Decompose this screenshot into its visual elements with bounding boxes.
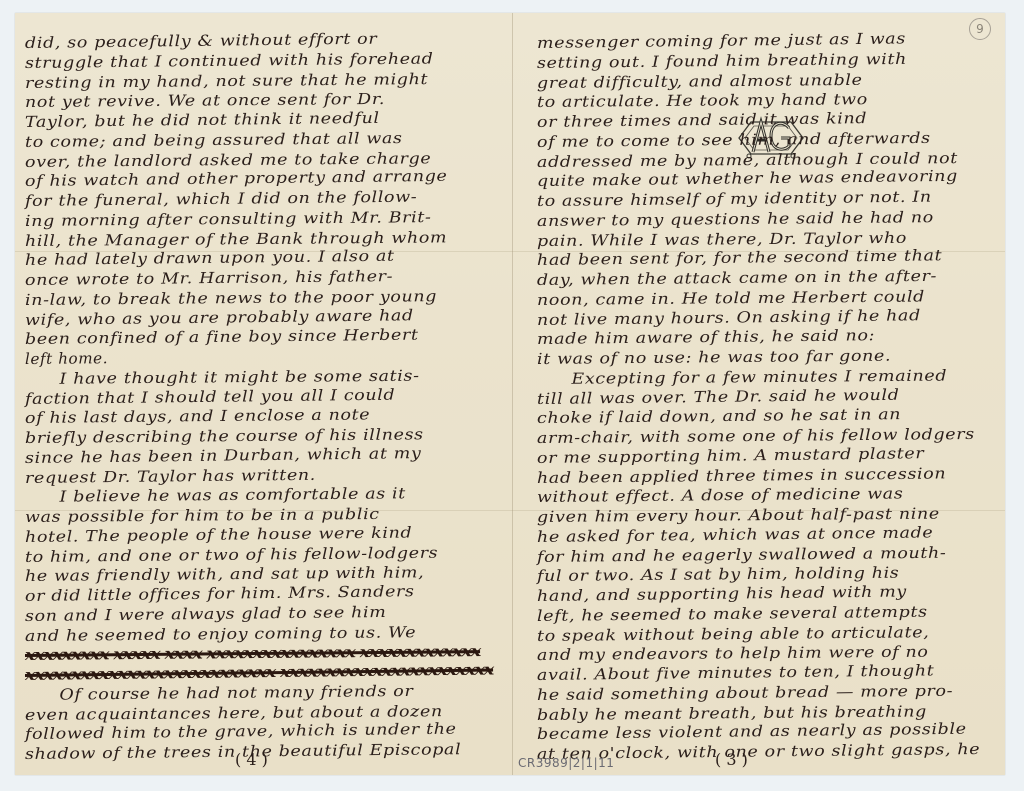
text-line: left home.: [25, 348, 108, 369]
struck-text-line: xxxxxxxxxxxxxxxxxxxxxxxxxxx xxxxxxxxxxxx…: [25, 660, 493, 685]
text-line: been confined of a fine boy since Herber…: [25, 325, 419, 349]
right-page: messenger coming for me just as I wasset…: [537, 33, 1007, 773]
text-line: since he has been in Durban, which at my: [25, 443, 422, 468]
left-page: did, so peacefully & without effort orst…: [25, 33, 495, 773]
page-number-right: ( 3 ): [715, 750, 748, 769]
letter-sheet: 9 did, so peacefully & without effort or…: [15, 13, 1005, 775]
page-number-left: ( 4 ): [235, 750, 268, 769]
archive-reference: CR3989|2|1|11: [518, 756, 614, 770]
center-fold: [512, 13, 513, 775]
